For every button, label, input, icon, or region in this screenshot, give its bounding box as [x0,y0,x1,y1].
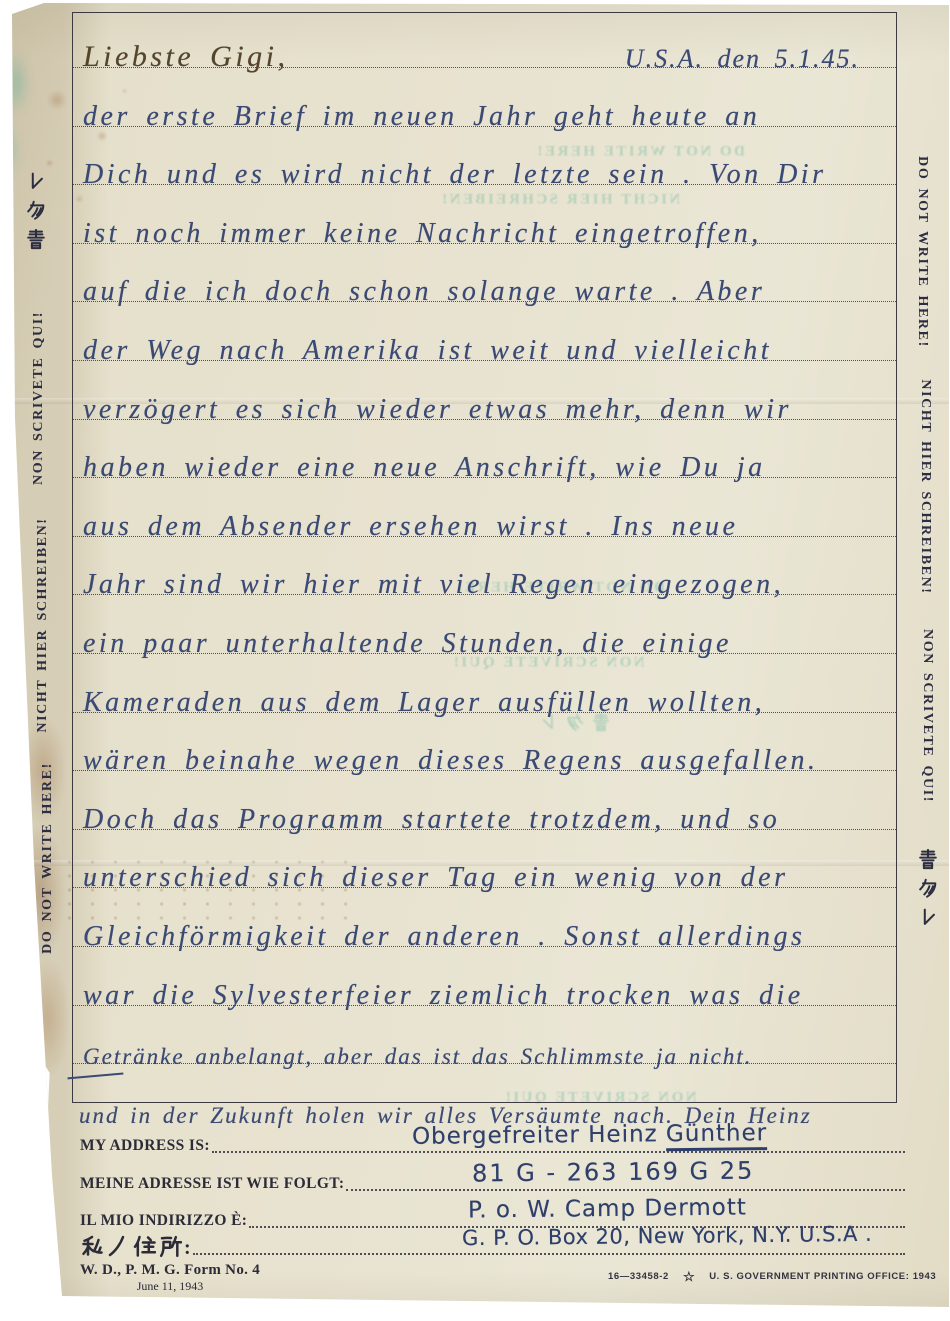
address-value-camp: P. o. W. Camp Dermott [468,1195,747,1224]
ruled-line-row: der erste Brief im neuen Jahr geht heute… [73,68,896,127]
ruled-line-row: haben wieder eine neue Anschrift, wie Du… [73,420,896,479]
margin-warning: NON SCRIVETE QUI! [919,629,935,803]
ruled-line-row: aus dem Absender ersehen wirst . Ins neu… [73,478,896,537]
ruled-line-row: und in der Zukunft holen wir alles Versä… [73,1064,896,1122]
kanji-私 [80,1234,104,1258]
dotted-rule [193,1253,905,1255]
scanned-pow-letter: DO NOT WRITE HERE!NICHT HIER SCHREIBEN!D… [0,0,950,1321]
margin-warning: DO NOT WRITE HERE! [914,156,930,348]
print-office: U. S. GOVERNMENT PRINTING OFFICE: 1943 [709,1271,936,1282]
address-value-number: 81 G - 263 169 G 25 [472,1157,755,1188]
ruled-line-row: der Weg nach Amerika ist weit und vielle… [73,302,896,361]
margin-warning-japanese [25,170,47,250]
form-identifier: W. D., P. M. G. Form No. 4 June 11, 1943 [80,1262,260,1294]
ruled-line-row: Dich und es wird nicht der letzte sein .… [73,127,896,186]
ruled-line-row: unterschied sich dieser Tag ein wenig vo… [73,830,896,889]
kanji-勿 [917,877,939,899]
kanji-レ [917,906,939,928]
kanji-ノ [106,1234,130,1258]
margin-warning: DO NOT WRITE HERE! [40,762,56,954]
margin-warning: NICHT HIER SCHREIBEN! [917,379,933,594]
ruled-line-row: Doch das Programm startete trotzdem, und… [73,771,896,830]
printing-office-line: 16—33458-2 ☆ U. S. GOVERNMENT PRINTING O… [608,1271,936,1282]
address-label-ja: : [80,1234,191,1258]
kanji-所 [158,1234,182,1258]
greeting-row: Liebste Gigi, U.S.A. den 5.1.45. [73,13,896,68]
ruled-line-row: Gleichförmigkeit der anderen . Sonst all… [73,888,896,947]
ruled-line-row: war die Sylvesterfeier ziemlich trocken … [73,947,896,1006]
address-label-de: MEINE ADRESSE IST WIE FOLGT: [80,1175,344,1194]
ruled-line-row: Jahr sind wir hier mit viel Regen eingez… [73,537,896,596]
signature-flourish [67,1063,124,1080]
address-label-en: MY ADDRESS IS: [80,1137,210,1156]
address-name-prefix: Obergefreiter Heinz [412,1121,666,1150]
kanji-書 [917,848,939,870]
ruled-line-row: verzögert es sich wieder etwas mehr, den… [73,361,896,420]
form-date: June 11, 1943 [80,1279,260,1294]
form-number: W. D., P. M. G. Form No. 4 [80,1262,260,1279]
ruled-line-row: Kameraden aus dem Lager ausfüllen wollte… [73,654,896,713]
star-icon: ☆ [683,1272,695,1282]
address-value-city: G. P. O. Box 20, New York, N.Y. U.S.A . [462,1222,873,1250]
print-code: 16—33458-2 [608,1271,669,1282]
kanji-勿 [25,199,47,221]
ruled-line-row: ein paar unterhaltende Stunden, die eini… [73,595,896,654]
margin-warning: NICHT HIER SCHREIBEN! [35,517,51,732]
ruled-line-row: wären beinahe wegen dieses Regens ausgef… [73,713,896,772]
kanji-書 [25,228,47,250]
dotted-rule [346,1189,905,1191]
underlined-surname: Günther [666,1120,767,1151]
writing-area: Liebste Gigi, U.S.A. den 5.1.45. der ers… [72,12,897,1103]
ruled-line-row: ist noch immer keine Nachricht eingetrof… [73,185,896,244]
margin-warning: NON SCRIVETE QUI! [31,311,47,485]
ruled-line-row: Getränke anbelangt, aber das ist das Sch… [73,1006,896,1065]
green-stain [0,38,46,188]
address-value-name: Obergefreiter Heinz Günther [412,1120,767,1150]
kanji-住 [132,1234,156,1258]
paper-sheet: DO NOT WRITE HERE!NICHT HIER SCHREIBEN!D… [0,0,950,1321]
ruled-line-row: auf die ich doch schon solange warte . A… [73,244,896,303]
colon: : [184,1238,191,1258]
dotted-rule [212,1151,905,1153]
torn-paper-chip [0,1032,54,1140]
kanji-レ [25,170,47,192]
margin-warning-japanese [917,848,939,928]
address-label-it: IL MIO INDIRIZZO È: [80,1212,247,1231]
